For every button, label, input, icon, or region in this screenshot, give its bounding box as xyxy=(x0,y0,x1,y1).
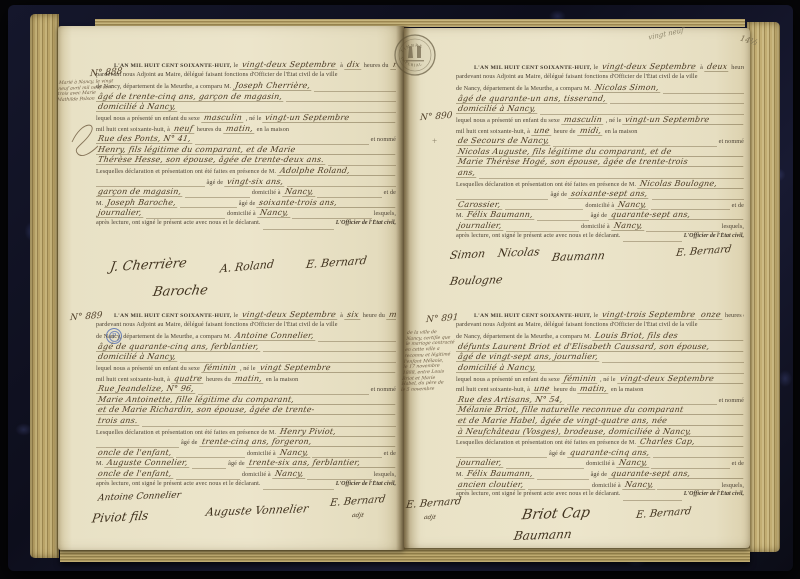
handwritten-text: Nancy, xyxy=(257,208,291,218)
form-line: Henry, fils légitime du comparant, et de… xyxy=(96,145,396,156)
form-line: âgé dequarante-cinq ans, xyxy=(456,448,744,459)
printed-text: mil huit cent soixante-huit, à xyxy=(456,128,530,135)
handwritten-text: et de Marie Richardin, son épouse, âgée … xyxy=(96,405,396,415)
form-line: âgé desoixante-sept ans, xyxy=(456,189,744,200)
signature: E. Bernard xyxy=(675,244,732,259)
form-line: mil huit cent soixante-huit, àneufheures… xyxy=(96,124,396,135)
printed-text-italic: L'Officier de l'État civil, xyxy=(336,481,396,487)
handwritten-text: Henry, fils légitime du comparant, et de… xyxy=(96,145,396,155)
printed-text-bold: L'AN MIL HUIT CENT SOIXANTE-HUIT, xyxy=(114,313,232,319)
blank-rule xyxy=(185,187,249,198)
printed-text: après lecture, ont signé le présent acte… xyxy=(456,490,621,497)
printed-text: domicilié à xyxy=(252,189,281,196)
handwritten-text: féminin xyxy=(201,363,239,373)
printed-text: et de xyxy=(384,450,396,457)
form-line: de Nancy, département de la Meurthe, a c… xyxy=(456,83,744,94)
printed-text: en la maison xyxy=(611,386,643,393)
printed-text: et nommé xyxy=(371,136,396,143)
blank-rule xyxy=(263,219,334,230)
blank-rule xyxy=(652,189,744,200)
blank-rule xyxy=(286,92,396,103)
scanned-register-photo: N° 888Marié à Nancy, le vingtneuf avril … xyxy=(0,0,800,579)
form-line: âgé de quarante-cinq ans, ferblantier, xyxy=(96,342,396,353)
blank-rule xyxy=(646,221,719,232)
printed-text: pardevant nous Adjoint au Maire, délégué… xyxy=(96,321,338,328)
blank-rule xyxy=(505,200,584,211)
form-line: après lecture, ont signé le présent acte… xyxy=(96,219,396,230)
form-line: pardevant nous Adjoint au Maire, délégué… xyxy=(456,321,744,332)
blank-rule xyxy=(537,469,589,480)
handwritten-text: Joseph Baroche, xyxy=(104,198,178,208)
blank-rule xyxy=(292,208,371,219)
printed-text: domicilié à xyxy=(227,210,256,217)
form-line: âgé de trente-cinq ans, garçon de magasi… xyxy=(96,92,396,103)
handwritten-text: soixante-sept ans, xyxy=(568,189,650,199)
blank-rule xyxy=(540,363,744,374)
form-line: de Nancy, département de la Meurthe, a c… xyxy=(96,331,396,342)
printed-text: M. xyxy=(456,212,463,219)
page-edges-left xyxy=(30,14,59,558)
form-line: Lesquelles déclaration et présentation o… xyxy=(456,437,744,448)
page-edges-right xyxy=(747,22,780,552)
printed-text: à xyxy=(340,62,343,69)
form-line: journalier,domicilié àNancy,lesquels, xyxy=(456,221,744,232)
blank-rule xyxy=(610,94,744,105)
printed-text: et nommé xyxy=(371,386,396,393)
blank-rule xyxy=(506,458,584,469)
handwritten-text: Félix Baumann, xyxy=(464,210,535,220)
handwritten-text: féminin xyxy=(561,374,599,384)
printed-text: heure du xyxy=(363,312,385,319)
printed-text: Lesquelles déclaration et présentation o… xyxy=(96,429,276,436)
form-line: mil huit cent soixante-huit, àquatreheur… xyxy=(96,374,396,385)
form-line: âgé devingt-six ans, xyxy=(96,177,396,188)
printed-text-bold: L'AN MIL HUIT CENT SOIXANTE-HUIT, xyxy=(474,313,592,319)
blank-rule xyxy=(180,352,396,363)
blank-rule xyxy=(456,448,547,459)
printed-text: après lecture, ont signé le présent acte… xyxy=(96,480,261,487)
handwritten-text: onze xyxy=(698,310,723,320)
form-line: Mélanie Briot, fille naturelle reconnue … xyxy=(456,405,744,416)
printed-text: , né le xyxy=(246,115,262,122)
printed-text: en la maison xyxy=(266,376,298,383)
blank-rule xyxy=(653,448,744,459)
handwritten-text: trente-cinq ans, forgeron, xyxy=(199,437,396,447)
form-line: journalier,domicilié àNancy,et de xyxy=(456,458,744,469)
printed-text: à xyxy=(340,312,343,319)
printed-text: et de xyxy=(384,189,396,196)
handwritten-text: âgé de quarante-cinq ans, ferblantier, xyxy=(96,342,261,352)
handwritten-text: matin, xyxy=(577,384,610,394)
book-gutter xyxy=(396,26,410,550)
form-line: âgé detrente-cinq ans, forgeron, xyxy=(96,437,396,448)
handwritten-text: vingt-trois Septembre xyxy=(599,310,698,320)
printed-text: lesquels, xyxy=(722,223,744,230)
handwritten-text: vingt-un Septembre xyxy=(623,115,744,125)
left-page: N° 888Marié à Nancy, le vingtneuf avril … xyxy=(58,26,404,550)
page-edges-bottom xyxy=(60,548,750,562)
handwritten-text: garçon de magasin, xyxy=(96,187,184,197)
blank-rule xyxy=(146,208,225,219)
blank-rule xyxy=(176,469,240,480)
blank-rule xyxy=(263,480,334,491)
printed-text: le xyxy=(594,64,599,71)
handwritten-text: matin, xyxy=(223,124,256,134)
printed-text-italic: L'Officier de l'État civil, xyxy=(336,220,396,226)
printed-text: âgé de xyxy=(549,450,566,457)
signature: Briot Cap xyxy=(521,505,592,523)
printed-text: lesquels, xyxy=(374,210,396,217)
printed-text: le xyxy=(594,312,599,319)
handwritten-text: âgé de trente-cinq ans, garçon de magasi… xyxy=(96,92,285,102)
form-line: Carossier,domicilié àNancy,et de xyxy=(456,200,744,211)
handwritten-text: quatre xyxy=(171,374,205,384)
printed-text: âgé de xyxy=(239,200,256,207)
handwritten-text: Nicolas Simon, xyxy=(592,83,661,93)
printed-text: et de xyxy=(732,460,744,467)
signature: Baroche xyxy=(152,283,209,300)
printed-text: heure de xyxy=(554,128,576,135)
form-line: lequel nous a présenté un enfant du sexe… xyxy=(96,363,396,374)
printed-text: , né le xyxy=(240,365,256,372)
signature: adjt xyxy=(351,512,364,519)
handwritten-text: Rue des Artisans, N° 54, xyxy=(456,395,565,405)
form-line: âgé de vingt-sept ans, journalier, xyxy=(456,352,744,363)
printed-text: lesquels, xyxy=(722,482,744,489)
printed-text: âgé de xyxy=(228,460,245,467)
blank-rule xyxy=(506,221,579,232)
handwritten-text: Nicolas Auguste, fils légitime du compar… xyxy=(456,147,744,157)
form-line: garçon de magasin,domicilié àNancy,et de xyxy=(96,187,396,198)
signature: Boulogne xyxy=(449,273,504,288)
handwritten-text: vingt-deux Septembre xyxy=(239,60,338,70)
blank-rule xyxy=(623,490,682,501)
blank-rule xyxy=(651,458,729,469)
printed-text: de Nancy, département de la Meurthe, a c… xyxy=(456,85,591,92)
act-number: N° 890 xyxy=(420,111,453,123)
form-line: ans, xyxy=(456,168,744,179)
handwritten-text: oncle de l'enfant, xyxy=(96,448,174,458)
printed-text: M. xyxy=(96,460,103,467)
form-line: Rue des Ponts, N° 41,et nommé xyxy=(96,134,396,145)
handwritten-text: vingt-six ans, xyxy=(224,177,286,187)
signature: adjt xyxy=(423,514,436,521)
handwritten-text: quarante-cinq ans, xyxy=(567,448,652,458)
form-line: de Nancy, département de la Meurthe, a c… xyxy=(96,81,396,92)
handwritten-text: Nancy, xyxy=(272,469,306,479)
handwritten-text: soixante-trois ans, xyxy=(257,198,396,208)
blank-rule xyxy=(142,416,396,427)
blank-rule xyxy=(328,155,396,166)
signature: J. Cherrière xyxy=(109,256,188,275)
signature: Auguste Vonnelier xyxy=(205,502,310,519)
blank-rule xyxy=(180,102,396,113)
printed-text: heures du xyxy=(731,64,744,71)
signature: E. Bernard xyxy=(635,506,692,521)
handwritten-text: vingt-deux Septembre xyxy=(239,310,338,320)
printed-text: heure du xyxy=(554,386,576,393)
form-line: L'AN MIL HUIT CENT SOIXANTE-HUIT,levingt… xyxy=(456,62,744,73)
printed-text-italic: L'Officier de l'État civil, xyxy=(684,233,744,239)
handwritten-text: matin, xyxy=(386,310,396,320)
signature: E. Bernard xyxy=(329,494,386,509)
form-line: de Nancy, département de la Meurthe, a c… xyxy=(456,331,744,342)
blank-rule xyxy=(312,448,381,459)
blank-rule xyxy=(192,458,226,469)
printed-text: pardevant nous Adjoint au Maire, délégué… xyxy=(456,321,698,328)
printed-text: lequel nous a présenté un enfant du sexe xyxy=(456,376,560,383)
handwritten-text: journalier, xyxy=(456,458,505,468)
signature: E. Bernard xyxy=(305,254,368,271)
blank-rule xyxy=(314,81,396,92)
printed-text: de Nancy, département de la Meurthe, a c… xyxy=(456,333,591,340)
blank-rule xyxy=(657,480,719,491)
form-line: L'AN MIL HUIT CENT SOIXANTE-HUIT,levingt… xyxy=(456,310,744,321)
stamp-figure-right xyxy=(417,45,421,58)
printed-text: le xyxy=(234,62,239,69)
printed-text-bold: L'AN MIL HUIT CENT SOIXANTE-HUIT, xyxy=(474,65,592,71)
printed-text: M. xyxy=(96,200,103,207)
handwritten-text: âgé de vingt-sept ans, journalier, xyxy=(456,352,601,362)
handwritten-text: neuf xyxy=(171,124,195,134)
form-line: lequel nous a présenté un enfant du sexe… xyxy=(456,115,744,126)
printed-text: domicilié à xyxy=(581,223,610,230)
form-line: mil huit cent soixante-huit, àuneheure d… xyxy=(456,384,744,395)
blank-rule xyxy=(602,352,744,363)
handwritten-text: trente-six ans, ferblantier, xyxy=(246,458,396,468)
form-line: et de Marie Habel, âgée de vingt-quatre … xyxy=(456,416,744,427)
handwritten-text: matin, xyxy=(232,374,265,384)
handwritten-text: Thérèse Hesse, son épouse, âgée de trent… xyxy=(96,155,327,165)
right-page: TIMBRE IMPERIAL N° 890+L'AN MIL HUIT CEN… xyxy=(404,28,750,548)
handwritten-text: Louis Briot, fils des xyxy=(592,331,744,341)
form-line: oncle de l'enfant,domicilié àNancy,lesqu… xyxy=(96,469,396,480)
form-line: mil huit cent soixante-huit, àuneheure d… xyxy=(456,126,744,137)
form-line: ancien cloutier,domicilié àNancy,lesquel… xyxy=(456,480,744,491)
printed-text: de Nancy, département de la Meurthe, a c… xyxy=(96,333,231,340)
handwritten-text: Nancy, xyxy=(282,187,316,197)
handwritten-text: Antoine Connelier, xyxy=(232,331,316,341)
blank-rule xyxy=(180,198,237,209)
printed-text: , né le xyxy=(606,117,622,124)
handwritten-text: masculin xyxy=(201,113,245,123)
handwritten-text: Charles Cap, xyxy=(637,437,744,447)
form-line: domicilié à Nancy, xyxy=(96,352,396,363)
handwritten-text: ancien cloutier, xyxy=(456,480,526,490)
form-line: Rue Jeandelize, N° 96,et nommé xyxy=(96,384,396,395)
printed-text: âgé de xyxy=(591,471,608,478)
printed-text: heures du xyxy=(364,62,389,69)
signature: Nicolas xyxy=(497,245,541,260)
handwritten-text: trois ans. xyxy=(96,416,140,426)
signature: Simon xyxy=(449,247,486,262)
printed-text: après lecture, ont signé le présent acte… xyxy=(96,219,261,226)
signature: Baumann xyxy=(551,249,606,264)
form-line: M.Félix Baumann,âgé dequarante-sept ans, xyxy=(456,469,744,480)
blank-rule xyxy=(195,134,369,145)
blank-rule xyxy=(318,331,396,342)
form-line: Marie Antoinette, fille légitime du comp… xyxy=(96,395,396,406)
handwritten-text: Nicolas Boulogne, xyxy=(637,179,744,189)
blank-rule xyxy=(456,189,548,200)
act-body: L'AN MIL HUIT CENT SOIXANTE-HUIT,levingt… xyxy=(456,62,744,242)
handwritten-text: Adolphe Roland, xyxy=(277,166,396,176)
printed-text: et nommé xyxy=(719,138,744,145)
printed-text: domicilié à xyxy=(242,471,271,478)
handwritten-text: défunts Laurent Briot et d'Elisabeth Cau… xyxy=(456,342,744,352)
printed-text: M. xyxy=(456,471,463,478)
printed-text: et nommé xyxy=(719,397,744,404)
printed-text: domicilié à xyxy=(247,450,276,457)
blank-rule xyxy=(663,83,744,94)
form-line: L'AN MIL HUIT CENT SOIXANTE-HUIT,levingt… xyxy=(96,310,396,321)
printed-text: pardevant nous Adjoint au Maire, délégué… xyxy=(96,71,338,78)
printed-text: mil huit cent soixante-huit, à xyxy=(456,386,530,393)
printed-text: Lesquelles déclaration et présentation o… xyxy=(456,439,636,446)
handwritten-text: Nancy, xyxy=(622,480,656,490)
form-line: L'AN MIL HUIT CENT SOIXANTE-HUIT,levingt… xyxy=(96,60,396,71)
printed-text: lequel nous a présenté un enfant du sexe xyxy=(96,115,200,122)
form-line: M.Félix Baumann,âgé dequarante-sept ans, xyxy=(456,210,744,221)
form-line: domicilié à Nancy, xyxy=(456,104,744,115)
form-line: âgé de quarante-un ans, tisserand, xyxy=(456,94,744,105)
printed-text: domicilié à xyxy=(586,460,615,467)
form-line: domicilié à Nancy, xyxy=(456,363,744,374)
handwritten-text: Nancy, xyxy=(616,458,650,468)
handwritten-text: dix xyxy=(344,60,362,70)
printed-text: après lecture, ont signé le présent acte… xyxy=(456,232,621,239)
form-line: journalier,domicilié àNancy,lesquels, xyxy=(96,208,396,219)
blank-rule xyxy=(307,469,371,480)
handwritten-text: deux xyxy=(704,62,730,72)
blank-rule xyxy=(537,210,589,221)
printed-text: à xyxy=(700,64,703,71)
handwritten-text: Auguste Connelier, xyxy=(104,458,190,468)
handwritten-text: domicilié à Nancy, xyxy=(456,363,539,373)
printed-text: en la maison xyxy=(257,126,289,133)
form-line: Lesquelles déclaration et présentation o… xyxy=(96,427,396,438)
blank-rule xyxy=(540,104,744,115)
blank-rule xyxy=(198,384,369,395)
act-body: L'AN MIL HUIT CENT SOIXANTE-HUIT,levingt… xyxy=(456,310,744,501)
form-line: oncle de l'enfant,domicilié àNancy,et de xyxy=(96,448,396,459)
printed-text: en la maison xyxy=(605,128,637,135)
handwritten-text: Rue des Ponts, N° 41, xyxy=(96,134,194,144)
handwritten-text: Carossier, xyxy=(456,200,503,210)
printed-text-italic: L'Officier de l'État civil, xyxy=(684,491,744,497)
printed-text: et de xyxy=(732,202,744,209)
blank-rule xyxy=(263,342,396,353)
form-line: de Secours de Nancy,et nommé xyxy=(456,136,744,147)
handwritten-text: Félix Baumann, xyxy=(464,469,535,479)
blank-rule xyxy=(317,187,381,198)
form-line: lequel nous a présenté un enfant du sexe… xyxy=(456,374,744,385)
blank-rule xyxy=(96,177,205,188)
signature: A. Roland xyxy=(219,258,274,276)
printed-text: âgé de xyxy=(181,439,198,446)
handwritten-text: Marie Antoinette, fille légitime du comp… xyxy=(96,395,396,405)
handwritten-text: de Secours de Nancy, xyxy=(456,136,552,146)
printed-text: , né le xyxy=(600,376,616,383)
handwritten-text: vingt-deux Septembre xyxy=(599,62,698,72)
handwritten-text: journalier, xyxy=(456,221,505,231)
blank-rule xyxy=(651,200,730,211)
form-line: après lecture, ont signé le présent acte… xyxy=(456,232,744,243)
act-body: L'AN MIL HUIT CENT SOIXANTE-HUIT,levingt… xyxy=(96,60,396,230)
printed-text: lequel nous a présenté un enfant du sexe xyxy=(456,117,560,124)
form-line: lequel nous a présenté un enfant du sexe… xyxy=(96,113,396,124)
printed-text: Lesquelles déclaration et présentation o… xyxy=(96,168,276,175)
signature: Piviot fils xyxy=(91,508,150,525)
form-line: après lecture, ont signé le présent acte… xyxy=(456,490,744,501)
printed-text: âgé de xyxy=(591,212,608,219)
form-line: trois ans. xyxy=(96,416,396,427)
blank-rule xyxy=(287,177,396,188)
printed-text: lesquels, xyxy=(374,471,396,478)
handwritten-text: quarante-sept ans, xyxy=(608,210,744,220)
form-line: Thérèse Hesse, son épouse, âgée de trent… xyxy=(96,155,396,166)
blank-rule xyxy=(623,232,682,243)
handwritten-text: Joseph Cherrière, xyxy=(232,81,313,91)
form-line: défunts Laurent Briot et d'Elisabeth Cau… xyxy=(456,342,744,353)
handwritten-text: Marie Thérèse Hogé, son épouse, âgée de … xyxy=(456,157,744,167)
printed-text: de Nancy, département de la Meurthe, a c… xyxy=(96,83,231,90)
form-line: Nicolas Auguste, fils légitime du compar… xyxy=(456,147,744,158)
printed-text: heures du xyxy=(197,126,222,133)
printed-text: le xyxy=(234,312,239,319)
form-line: M.Joseph Baroche,âgé desoixante-trois an… xyxy=(96,198,396,209)
handwritten-text: vingt Septembre xyxy=(257,363,396,373)
handwritten-text: une xyxy=(531,384,552,394)
printed-text: Lesquelles déclaration et présentation o… xyxy=(456,181,636,188)
handwritten-text: Nancy, xyxy=(611,221,645,231)
form-line: pardevant nous Adjoint au Maire, délégué… xyxy=(96,71,396,82)
blank-rule xyxy=(567,395,717,406)
printed-text: domicilié à xyxy=(592,482,621,489)
handwritten-text: six xyxy=(344,310,361,320)
blank-rule xyxy=(176,448,245,459)
form-line: à Neufchâteau (Vosges), brodeuse, domici… xyxy=(456,427,744,438)
form-line: domicilié à Nancy, xyxy=(96,102,396,113)
printed-text: âgé de xyxy=(550,191,567,198)
blank-rule xyxy=(479,168,744,179)
handwritten-text: domicilié à Nancy, xyxy=(456,104,539,114)
form-line: Lesquelles déclaration et présentation o… xyxy=(96,166,396,177)
blank-rule xyxy=(96,437,179,448)
printed-text: domicilié à xyxy=(585,202,614,209)
printed-text: âgé de xyxy=(207,179,224,186)
handwritten-text: ans, xyxy=(456,168,478,178)
handwritten-text: oncle de l'enfant, xyxy=(96,469,174,479)
act-body: L'AN MIL HUIT CENT SOIXANTE-HUIT,levingt… xyxy=(96,310,396,490)
signature: Antoine Connelier xyxy=(97,491,182,504)
handwritten-text: Rue Jeandelize, N° 96, xyxy=(96,384,197,394)
handwritten-text: domicilié à Nancy, xyxy=(96,102,179,112)
form-line: Lesquelles déclaration et présentation o… xyxy=(456,179,744,190)
form-line: et de Marie Richardin, son épouse, âgée … xyxy=(96,405,396,416)
handwritten-text: âgé de quarante-un ans, tisserand, xyxy=(456,94,609,104)
handwritten-text: Mélanie Briot, fille naturelle reconnue … xyxy=(456,405,744,415)
handwritten-text: vingt-deux Septembre xyxy=(617,374,744,384)
form-line: après lecture, ont signé le présent acte… xyxy=(96,480,396,491)
pencil-cross-icon: + xyxy=(432,136,437,146)
act-number: N° 891 xyxy=(426,313,459,325)
form-line: pardevant nous Adjoint au Maire, délégué… xyxy=(456,73,744,84)
handwritten-text: domicilié à Nancy, xyxy=(96,352,179,362)
form-line: Marie Thérèse Hogé, son épouse, âgée de … xyxy=(456,157,744,168)
printed-text: pardevant nous Adjoint au Maire, délégué… xyxy=(456,73,698,80)
blank-rule xyxy=(528,480,590,491)
